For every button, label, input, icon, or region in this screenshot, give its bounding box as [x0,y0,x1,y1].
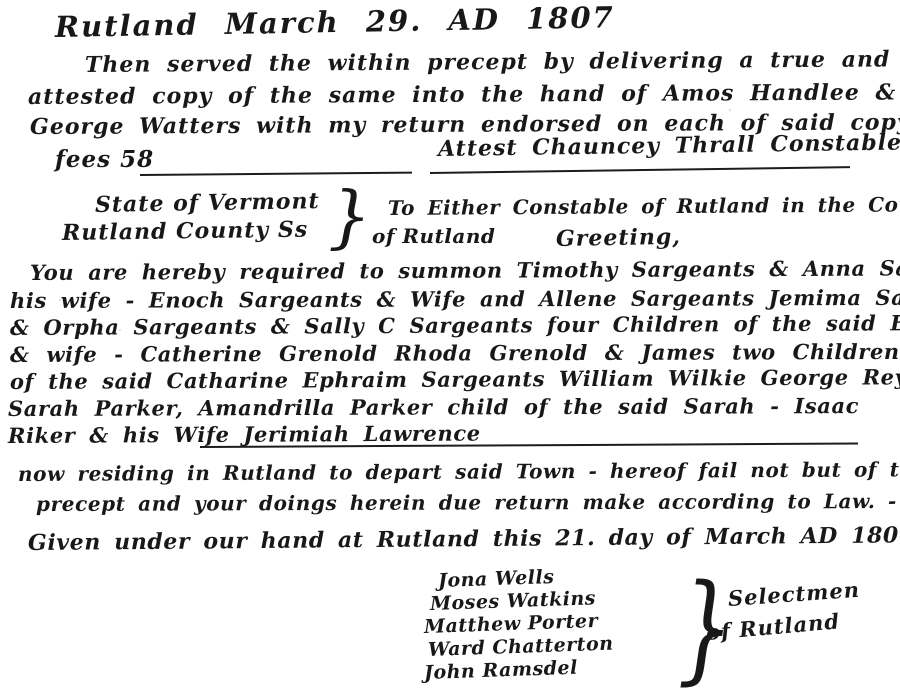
attest-underline [430,166,850,174]
body-line: You are hereby required to summon Timoth… [30,255,900,285]
caption-state: State of Vermont [95,188,320,218]
fees-note: fees 58 [55,146,154,173]
body-line: & Orpha Sargeants & Sally C Sargeants fo… [10,310,900,340]
closing-line-2: precept and your doings herein due retur… [36,489,897,516]
body-line: Riker & his Wife Jerimiah Lawrence [8,421,481,448]
address-line-1: To Either Constable of Rutland in the Co… [388,192,900,220]
return-line-2: attested copy of the same into the hand … [28,79,896,110]
signature-role-1: Selectmen [727,577,861,611]
attest-signature: Attest Chauncey Thrall Constable [438,130,900,162]
caption-county: Rutland County Ss [62,217,308,246]
signature-name: John Ramsdel [424,657,579,684]
body-line: his wife - Enoch Sargeants & Wife and Al… [10,285,900,313]
scanned-document-page: Rutland March 29. AD 1807 Then served th… [0,0,900,693]
body-line: of the said Catharine Ephraim Sargeants … [10,364,900,394]
address-line-2: of Rutland [372,224,495,248]
dateline: Rutland March 29. AD 1807 [55,0,615,44]
closing-line-1: now residing in Rutland to depart said T… [18,457,900,486]
testimonium-line: Given under our hand at Rutland this 21.… [28,522,900,556]
body-line: & wife - Catherine Grenold Rhoda Grenold… [10,339,900,367]
fees-underline [140,172,412,176]
body-line: Sarah Parker, Amandrilla Parker child of… [8,393,859,421]
return-line-1: Then served the within precept by delive… [85,46,890,78]
caption-brace: } [328,184,371,252]
greeting: Greeting, [556,224,681,252]
signature-name: Jona Wells [438,566,555,592]
